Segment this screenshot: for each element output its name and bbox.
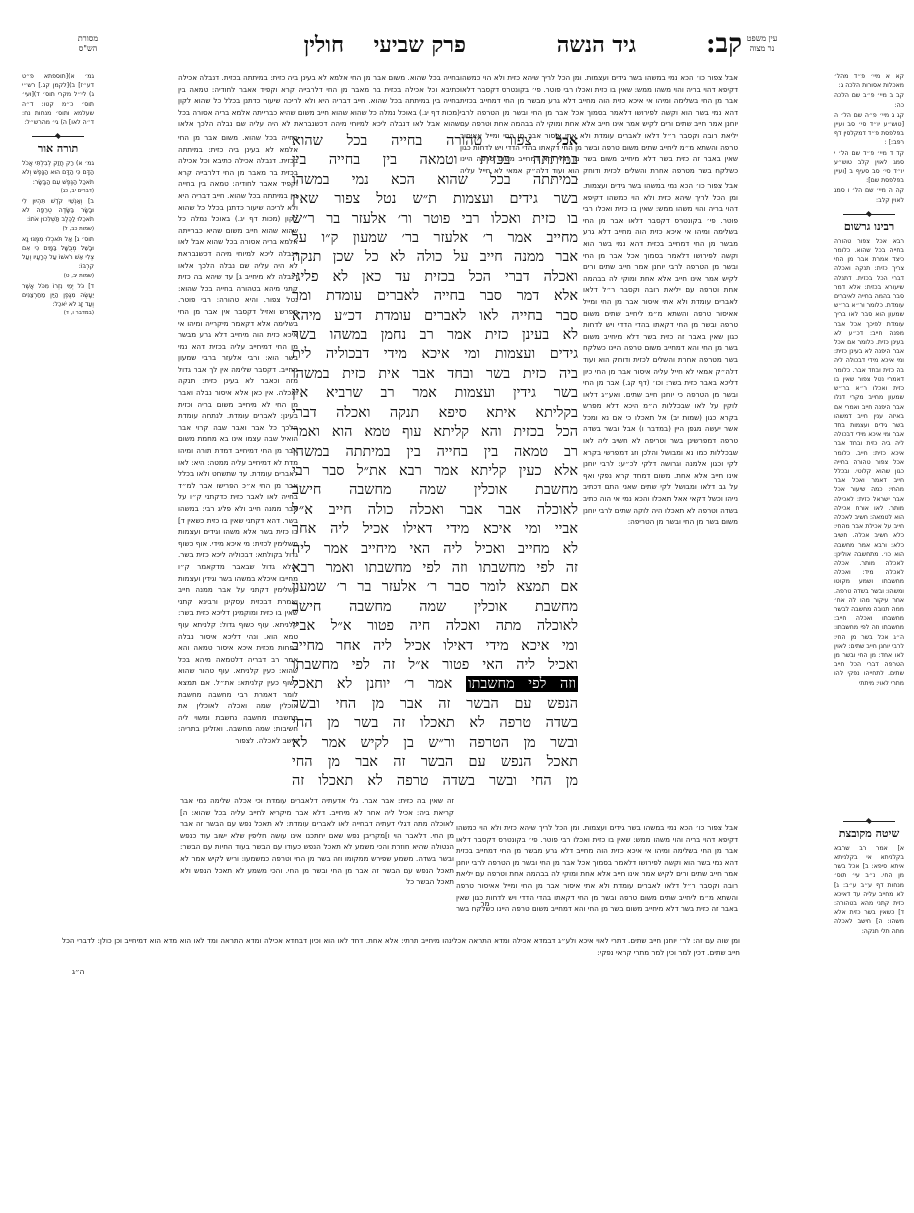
torah-or-title: תורה אור: [22, 142, 94, 156]
ein-mishpat-entry: קב ב מיי׳ פ״ב שם הלכה כה:: [834, 91, 904, 109]
talmud-page: עין משפט נר מצוה קב: גיד הנשה פרק שביעי …: [0, 0, 914, 1213]
ornament-divider-icon: [32, 133, 84, 139]
verse-text: ב] וְאַנְשֵׁי קֹדֶשׁ תִּהְיוּן לִי וּבָש…: [22, 198, 94, 223]
chapter-name: גיד הנשה: [557, 32, 636, 58]
tosafot-text-bottom: זה שאין בה כזית: אבר אבר. גלי אדעתיה דלא…: [180, 796, 454, 886]
right-margin: קא א מיי׳ פ״ד מהל׳ מאכלות אסורות הלכה ג:…: [834, 72, 904, 1002]
gemara-line: בשדה טרפה לא תאכלו זה בשר מן החי: [292, 714, 578, 733]
verse-reference: (דברים יב, כג): [22, 187, 94, 196]
mesoret-label: מסורת הש"ס: [58, 34, 118, 54]
torah-or-entry: תוס׳ ג] אַל תֹּאכְלוּ מִמֶּנּוּ נָא וּבָ…: [22, 235, 94, 281]
gemara-line: לאוכלה מתה ואכלה חיה פטור א״ל אביי: [292, 617, 578, 636]
rashi-text-continued: אבל צפור כו׳ הכא נמי במשהו בשר גידים ועצ…: [583, 181, 738, 526]
ein-mishpat: קא א מיי׳ פ״ד מהל׳ מאכלות אסורות הלכה ג:…: [834, 72, 904, 205]
rashi-commentary-column: אבל צפור כו׳ הכא נמי במשהו בשר גידים ועצ…: [583, 180, 738, 820]
gemara-line: ביה כזית בשר ובחד אבר אית כזית במשהו: [292, 365, 578, 384]
gemara-line: אבר ממנה חייב על כולה לא כל שכן תנקה: [292, 248, 578, 267]
highlighted-text[interactable]: וזה לפי מחשבתו: [466, 676, 578, 692]
ein-mishpat-entry: קג ג מיי׳ פ״ה שם הל׳ ה [טוש״ע יו״ד סי׳ ס…: [834, 111, 904, 148]
gemara-line: ובשר מן הטרפה ור״ש בן לקיש אמר לא: [292, 734, 578, 753]
mar-catchword: מר: [470, 898, 500, 912]
gemara-line: לא בעינן כזית אמר רב נחמן במשהו בשר: [292, 326, 578, 345]
bottom-commentary-text: ומן שוה עם זה: לר׳ יוחנן חייב שתים. דתרי…: [62, 936, 740, 957]
chapter-number: פרק שביעי: [374, 32, 466, 58]
tosafot-commentary-column: בחייה בכל שהוא. משום אבר מן החי אלמא לא …: [178, 132, 298, 822]
page-header: עין משפט נר מצוה קב: גיד הנשה פרק שביעי …: [0, 30, 914, 62]
tosafot-text: בחייה בכל שהוא. משום אבר מן החי אלמא לא …: [178, 73, 460, 132]
gemara-line: לא מחייב ואכיל ליה האי מיחייב אמר ליה: [292, 540, 578, 559]
verse-text: תוס׳ ג] אַל תֹּאכְלוּ מִמֶּנּוּ נָא וּבָ…: [22, 236, 94, 271]
ein-mishpat-entry: קא א מיי׳ פ״ד מהל׳ מאכלות אסורות הלכה ג:: [834, 72, 904, 90]
verse-text: ד] כֹּל יְמֵי נִזְרוֹ מִכֹּל אֲשֶׁר יֵעָ…: [22, 283, 94, 308]
rabbeinu-gershom-title: רבינו גרשום: [834, 220, 904, 234]
ein-mishpat-entry: קד ד מיי׳ פ״ד שם הל׳ י סמג לאוין קלב טוש…: [834, 149, 904, 186]
shita-mekubetzet-text: א] אמר רב שרבא בקלניתא אי בקלניתא איתא ס…: [834, 844, 904, 936]
left-margin: גמ׳ א)[תוספתא פ״ט דע״ז] ב)[לקמן קג.] רש״…: [22, 72, 94, 442]
ornament-divider-icon: [843, 818, 895, 824]
gemara-line-text: אמר ר׳ יוחנן לא תאכל: [292, 676, 452, 692]
tosafot-text-continued: בחייה בכל שהוא. משום אבר מן החי אלמא לא …: [178, 133, 298, 745]
gemara-line: ואכיל ליה האי פטור א״ל זה לפי מחשבתו: [292, 656, 578, 675]
torah-or-entry: גמ׳ א) רַק חֲזַק לְבִלְתִּי אֲכֹל הַדָּם…: [22, 159, 94, 196]
rabbeinu-gershom-text: רבא אכל צפור טהורה בחייה בכל שהוא. כלומר…: [834, 237, 904, 812]
ein-mishpat-entry: קה ה מיי׳ שם הל׳ ו סמג לאוין קלב:: [834, 186, 904, 204]
page-signature: ה״ג: [72, 966, 112, 980]
gemara-line: אלא כעין קליתא אמר רבא את״ל סבר רבי: [292, 462, 578, 481]
gemara-opening-word: אכל: [556, 133, 578, 149]
gemara-line: תאכל הנפש עם הבשר זה אבר מן החי: [292, 753, 578, 772]
tosafot-bottom: זה שאין בה כזית: אבר אבר. גלי אדעתיה דלא…: [180, 795, 454, 913]
gemara-line: מחשבת אוכלין שמה מחשבה חישב: [292, 598, 578, 617]
gemara-line: במיתתה בכזית וטמאה בין בחייה בין: [292, 151, 578, 170]
verse-reference: (שמות כב, ל): [22, 225, 94, 234]
gemara-line: זה לפי מחשבתו וזה לפי מחשבתו ואמר רבא: [292, 559, 578, 578]
gemara-line: מן החי ובשר בשדה טרפה לא תאכלו זה: [292, 772, 578, 791]
gemara-line: במיתתה בכל שהוא הכא נמי במשהו: [292, 171, 578, 190]
shita-mekubetzet-title: שיטה מקובצת: [834, 827, 904, 841]
gemara-line: אם תמצא לומר סבר ר׳ אלעזר בר ר׳ שמעון: [292, 578, 578, 597]
tosafot-commentary: בחייה בכל שהוא. משום אבר מן החי אלמא לא …: [178, 72, 460, 132]
gemara-line: ומי איכא מידי דאילו אכיל ליה אחר מחייב: [292, 637, 578, 656]
torah-or-entry: ב] וְאַנְשֵׁי קֹדֶשׁ תִּהְיוּן לִי וּבָש…: [22, 197, 94, 234]
mesoret-label-line1: מסורת: [58, 34, 118, 44]
gemara-line: בקליתא איתא סיפא תנקה ואכלה דברי: [292, 404, 578, 423]
verse-reference: (שמות יב, ט): [22, 272, 94, 281]
signature-mark: ה״ג: [72, 967, 84, 976]
mesoret-hashas-text: גמ׳ א)[תוספתא פ״ט דע״ז] ב)[לקמן קג.] רש״…: [22, 72, 94, 127]
gemara-line: ואכלה דברי הכל בכזית עד כאן לא פליגי: [292, 268, 578, 287]
gemara-text: אכל צפור טהורה בחייה בכל שהוא במיתתה בכז…: [292, 132, 578, 792]
mesoret-label-line2: הש"ס: [58, 44, 118, 54]
gemara-line: רב טמאה בין בחייה בין במיתתה במשהו: [292, 443, 578, 462]
gemara-line: הכל בכזית והא קליתא עוף טמא הוא ואמר: [292, 423, 578, 442]
tractate-name: חולין: [304, 32, 344, 58]
gemara-line: בשר גידים ועצמות ת״ש נטל צפור שאין: [292, 190, 578, 209]
gemara-line: מחשבת אוכלין שמה מחשבה חישב: [292, 481, 578, 500]
verse-text: גמ׳ א) רַק חֲזַק לְבִלְתִּי אֲכֹל הַדָּם…: [22, 160, 94, 185]
gemara-line: בו כזית ואכלו רבי פוטר ור׳ אלעזר בר ר״ש: [292, 210, 578, 229]
ornament-divider-icon: [843, 211, 895, 217]
verse-reference: (במדבר ו, ד): [22, 309, 94, 318]
gemara-line: אלא דמר סבר בחייה לאברים עומדת ומר: [292, 287, 578, 306]
gemara-line: אביי ומי איכא מידי דאילו אכיל ליה אחר: [292, 520, 578, 539]
bottom-full-width: ומן שוה עם זה: לר׳ יוחנן חייב שתים. דתרי…: [62, 935, 740, 965]
gemara-line: הנפש עם הבשר זה אבר מן החי ובשר: [292, 695, 578, 714]
gemara-line: אכל צפור טהורה בחייה בכל שהוא: [292, 132, 578, 151]
torah-or-entry: ד] כֹּל יְמֵי נִזְרוֹ מִכֹּל אֲשֶׁר יֵעָ…: [22, 282, 94, 319]
daf-number: קב:: [706, 30, 742, 58]
gemara-line: גידים ועצמות ומי איכא מידי דבכוליה לית: [292, 345, 578, 364]
gemara-line-text: צפור טהורה בחייה בכל שהוא: [292, 133, 532, 149]
catchword: מר: [481, 899, 490, 908]
gemara-line: וזה לפי מחשבתו אמר ר׳ יוחנן לא תאכל: [292, 675, 578, 694]
gemara-line: בשר גידין ועצמות אמר רב שרביא אין: [292, 384, 578, 403]
gemara-line: לאוכלה אבר אבר ואכלה כולה חייב א״ל: [292, 501, 578, 520]
gemara-line: סבר בחייה לאו לאברים עומדת דכ״ע מיהא: [292, 307, 578, 326]
gemara-line: מחייב אמר ר׳ אלעזר בר׳ שמעון ק״ו על: [292, 229, 578, 248]
